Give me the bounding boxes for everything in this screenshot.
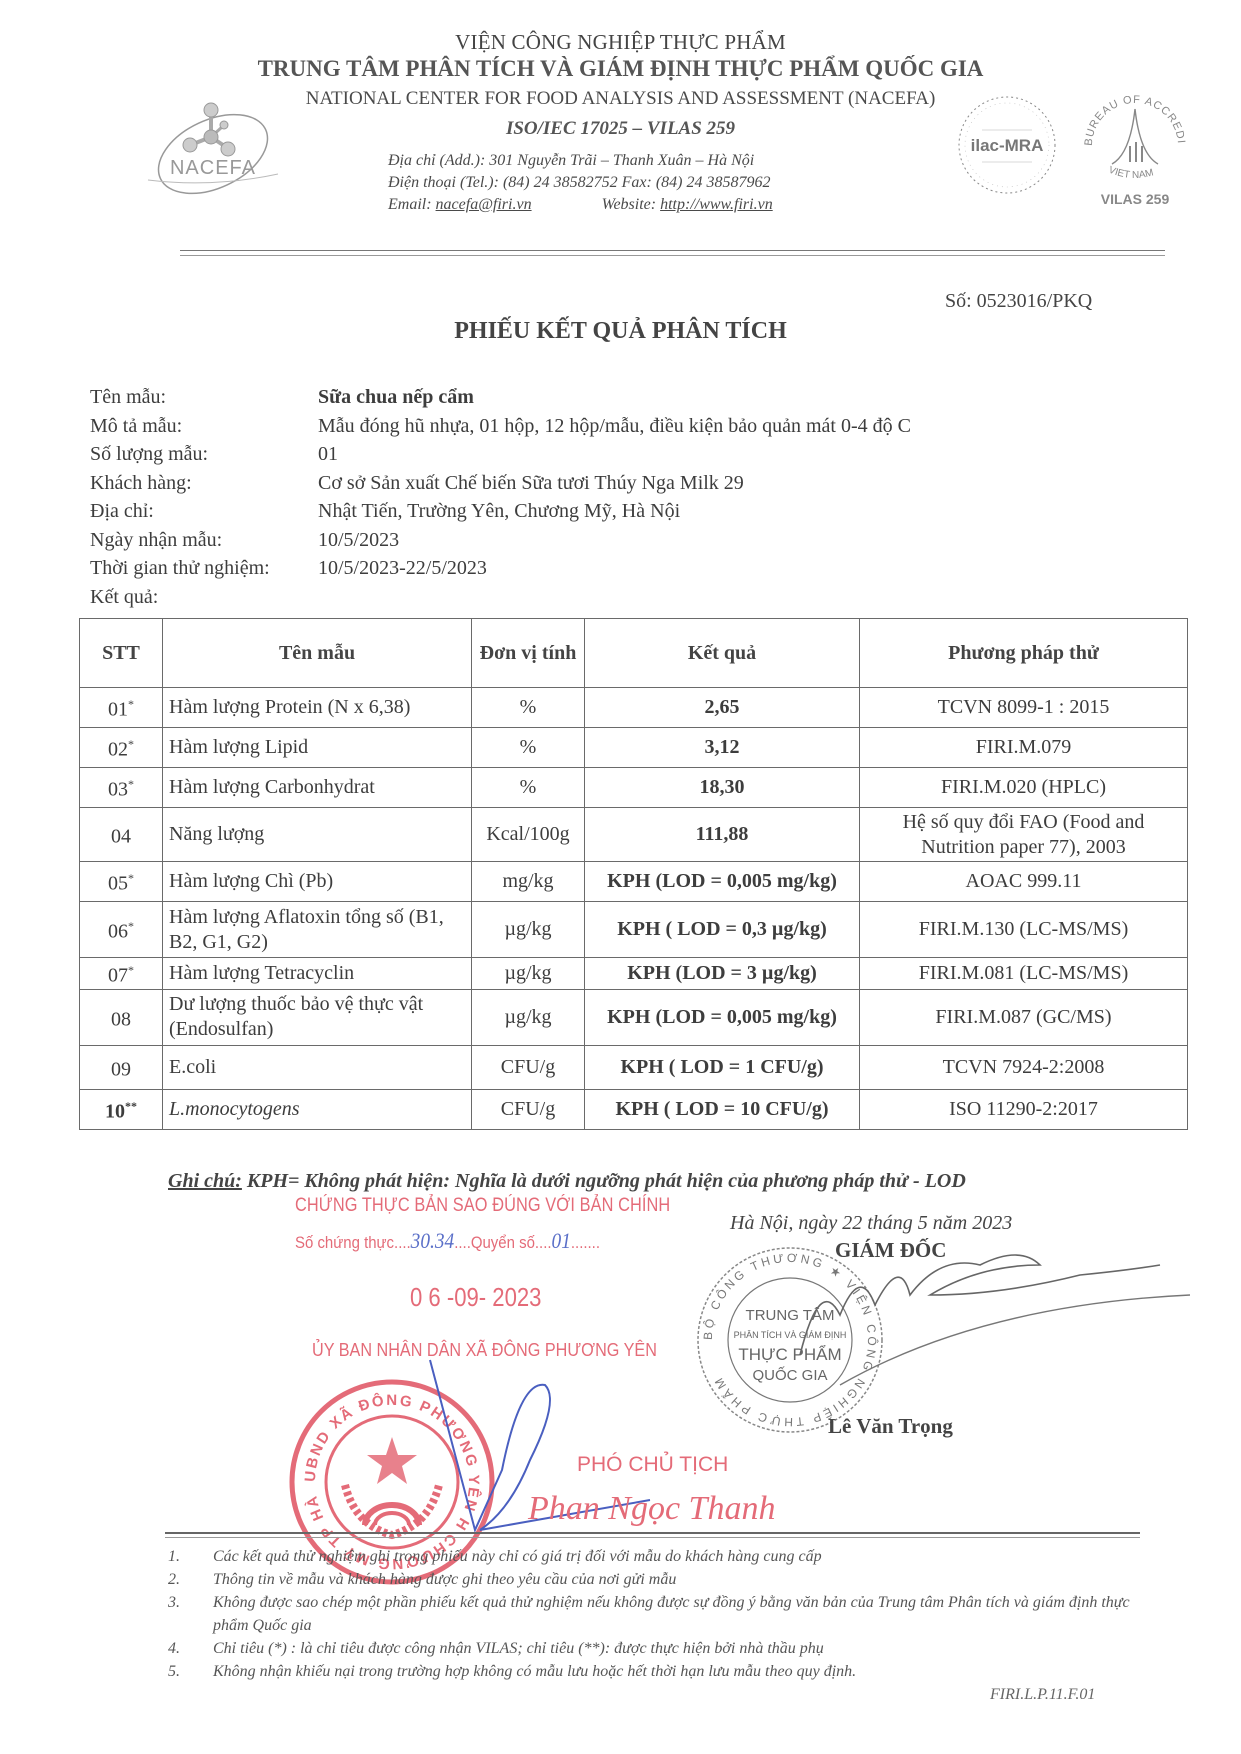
cell-method: FIRI.M.087 (GC/MS)	[860, 989, 1188, 1045]
info-row: Kết quả:	[90, 586, 911, 615]
cert-no-value: 30.34	[411, 1228, 455, 1253]
phone-line: Điện thoại (Tel.): (84) 24 38582752 Fax:…	[388, 172, 773, 194]
cell-result: 18,30	[585, 768, 860, 808]
email-link[interactable]: nacefa@firi.vn	[436, 196, 532, 213]
stt-mark: *	[128, 697, 134, 711]
director-name: Lê Văn Trọng	[828, 1414, 953, 1439]
footnote-number: 1.	[168, 1545, 213, 1568]
info-label: Ngày nhận mẫu:	[90, 529, 318, 558]
book-no-value: 01	[552, 1228, 571, 1253]
book-no-label: ....Quyển số....	[454, 1233, 551, 1252]
cell-name: L.monocytogens	[163, 1089, 472, 1129]
note-line: Ghi chú: KPH= Không phát hiện: Nghĩa là …	[168, 1170, 966, 1193]
stt-number: 08	[111, 1008, 131, 1030]
cell-result: KPH ( LOD = 1 CFU/g)	[585, 1045, 860, 1089]
table-row: 06*Hàm lượng Aflatoxin tổng số (B1, B2, …	[80, 902, 1188, 958]
cell-method: FIRI.M.130 (LC-MS/MS)	[860, 902, 1188, 958]
cell-result: 111,88	[585, 808, 860, 862]
cell-result: 2,65	[585, 688, 860, 728]
cell-unit: mg/kg	[472, 862, 585, 902]
table-row: 10**L.monocytogensCFU/gKPH ( LOD = 10 CF…	[80, 1089, 1188, 1129]
info-row: Khách hàng:Cơ sở Sản xuất Chế biến Sữa t…	[90, 472, 911, 501]
stt-mark: *	[128, 737, 134, 751]
footnote-item: 5.Không nhận khiếu nại trong trường hợp …	[168, 1660, 1153, 1683]
cell-unit: µg/kg	[472, 958, 585, 990]
cell-unit: %	[472, 768, 585, 808]
info-value: Cơ sở Sản xuất Chế biến Sữa tươi Thúy Ng…	[318, 472, 744, 501]
info-row: Thời gian thử nghiệm:10/5/2023-22/5/2023	[90, 557, 911, 586]
cell-result: KPH (LOD = 0,005 mg/kg)	[585, 989, 860, 1045]
footnote-number: 2.	[168, 1568, 213, 1591]
info-label: Khách hàng:	[90, 472, 318, 501]
svg-text:ilac-MRA: ilac-MRA	[971, 136, 1044, 155]
table-row: 02*Hàm lượng Lipid%3,12FIRI.M.079	[80, 728, 1188, 768]
footer-divider	[165, 1532, 1140, 1538]
place-date: Hà Nội, ngày 22 tháng 5 năm 2023	[730, 1212, 1012, 1235]
stt-number: 06	[108, 921, 128, 943]
stt-mark: *	[128, 963, 134, 977]
cell-name: Hàm lượng Aflatoxin tổng số (B1, B2, G1,…	[163, 902, 472, 958]
cell-stt: 08	[80, 989, 163, 1045]
stt-number: 01	[108, 699, 128, 721]
certification-date: 0 6 -09- 2023	[410, 1282, 541, 1313]
svg-text:VIET NAM: VIET NAM	[1107, 165, 1155, 181]
bureau-accreditation-logo: BUREAU OF ACCREDITATION VIET NAM VILAS 2…	[1080, 84, 1190, 212]
cert-no-label: Số chứng thực....	[295, 1233, 411, 1252]
info-value: Nhật Tiến, Trường Yên, Chương Mỹ, Hà Nội	[318, 500, 680, 529]
table-row: 08Dư lượng thuốc bảo vệ thực vật (Endosu…	[80, 989, 1188, 1045]
stt-number: 07	[108, 965, 128, 987]
svg-text:NACEFA: NACEFA	[170, 157, 256, 179]
website-link[interactable]: http://www.firi.vn	[660, 196, 773, 213]
cell-unit: CFU/g	[472, 1045, 585, 1089]
footnote-text: Không được sao chép một phần phiếu kết q…	[213, 1591, 1153, 1637]
cell-stt: 01*	[80, 688, 163, 728]
form-code: FIRI.L.P.11.F.01	[990, 1686, 1095, 1704]
footnotes-list: 1.Các kết quả thử nghiệm ghi trong phiếu…	[168, 1545, 1153, 1683]
info-value: Sữa chua nếp cẩm	[318, 386, 474, 415]
cell-name: Hàm lượng Tetracyclin	[163, 958, 472, 990]
footnote-text: Chỉ tiêu (*) : là chỉ tiêu được công nhậ…	[213, 1637, 1153, 1660]
director-signature	[780, 1235, 1200, 1435]
info-label: Mô tả mẫu:	[90, 415, 318, 444]
info-label: Tên mẫu:	[90, 386, 318, 415]
footnote-number: 3.	[168, 1591, 213, 1637]
cell-unit: µg/kg	[472, 902, 585, 958]
website-label: Website:	[602, 196, 661, 213]
cell-name: Năng lượng	[163, 808, 472, 862]
info-row: Ngày nhận mẫu:10/5/2023	[90, 529, 911, 558]
col-header-name: Tên mẫu	[163, 619, 472, 688]
info-label: Kết quả:	[90, 586, 318, 615]
deputy-chairman-title: PHÓ CHỦ TỊCH	[577, 1453, 728, 1477]
cell-unit: %	[472, 728, 585, 768]
table-row: 01*Hàm lượng Protein (N x 6,38)%2,65TCVN…	[80, 688, 1188, 728]
cell-method: FIRI.M.020 (HPLC)	[860, 768, 1188, 808]
cell-method: ISO 11290-2:2017	[860, 1089, 1188, 1129]
cell-name: Dư lượng thuốc bảo vệ thực vật (Endosulf…	[163, 989, 472, 1045]
stt-number: 02	[108, 739, 128, 761]
info-label: Thời gian thử nghiệm:	[90, 557, 318, 586]
footnote-item: 2.Thông tin về mẫu và khách hàng được gh…	[168, 1568, 1153, 1591]
document-title: PHIẾU KẾT QUẢ PHÂN TÍCH	[0, 318, 1241, 345]
info-value: 10/5/2023-22/5/2023	[318, 557, 487, 586]
cell-stt: 09	[80, 1045, 163, 1089]
cell-result: KPH (LOD = 3 µg/kg)	[585, 958, 860, 990]
cell-stt: 02*	[80, 728, 163, 768]
stt-number: 05	[108, 873, 128, 895]
cell-stt: 04	[80, 808, 163, 862]
stt-mark: **	[125, 1099, 137, 1113]
stt-mark: *	[128, 871, 134, 885]
footnote-number: 5.	[168, 1660, 213, 1683]
stt-mark: *	[128, 777, 134, 791]
note-text: KPH= Không phát hiện: Nghĩa là dưới ngưỡ…	[242, 1170, 966, 1192]
certification-number-line: Số chứng thực....30.34....Quyển số....01…	[295, 1228, 600, 1254]
info-label: Số lượng mẫu:	[90, 443, 318, 472]
table-row: 05*Hàm lượng Chì (Pb)mg/kgKPH (LOD = 0,0…	[80, 862, 1188, 902]
cell-name: Hàm lượng Chì (Pb)	[163, 862, 472, 902]
footnote-text: Không nhận khiếu nại trong trường hợp kh…	[213, 1660, 1153, 1683]
info-row: Số lượng mẫu:01	[90, 443, 911, 472]
institute-name: VIỆN CÔNG NGHIỆP THỰC PHẨM	[0, 30, 1241, 55]
info-value: 10/5/2023	[318, 529, 399, 558]
cell-unit: %	[472, 688, 585, 728]
info-row: Địa chỉ:Nhật Tiến, Trường Yên, Chương Mỹ…	[90, 500, 911, 529]
center-name-vi: TRUNG TÂM PHÂN TÍCH VÀ GIÁM ĐỊNH THỰC PH…	[0, 56, 1241, 82]
footnote-text: Thông tin về mẫu và khách hàng được ghi …	[213, 1568, 1153, 1591]
info-label: Địa chỉ:	[90, 500, 318, 529]
col-header-method: Phương pháp thử	[860, 619, 1188, 688]
cell-result: KPH ( LOD = 0,3 µg/kg)	[585, 902, 860, 958]
col-header-unit: Đơn vị tính	[472, 619, 585, 688]
deputy-chairman-name: Phan Ngọc Thanh	[528, 1490, 775, 1528]
cell-result: 3,12	[585, 728, 860, 768]
svg-text:BUREAU OF ACCREDITATION: BUREAU OF ACCREDITATION	[1080, 84, 1187, 146]
ilac-mra-logo: ilac-MRA	[952, 90, 1062, 200]
stt-mark: *	[128, 919, 134, 933]
cell-stt: 10**	[80, 1089, 163, 1129]
info-value: Mẫu đóng hũ nhựa, 01 hộp, 12 hộp/mẫu, đi…	[318, 415, 911, 444]
stt-number: 10	[105, 1100, 125, 1122]
cell-name: Hàm lượng Lipid	[163, 728, 472, 768]
results-table: STT Tên mẫu Đơn vị tính Kết quả Phương p…	[79, 618, 1188, 1130]
cell-stt: 07*	[80, 958, 163, 990]
note-label: Ghi chú:	[168, 1170, 242, 1192]
cell-method: TCVN 8099-1 : 2015	[860, 688, 1188, 728]
sample-info: Tên mẫu:Sữa chua nếp cẩmMô tả mẫu:Mẫu đó…	[90, 386, 911, 614]
table-row: 09E.coliCFU/gKPH ( LOD = 1 CFU/g)TCVN 79…	[80, 1045, 1188, 1089]
contact-block: Địa chỉ (Add.): 301 Nguyễn Trãi – Thanh …	[388, 150, 773, 216]
info-value: 01	[318, 443, 338, 472]
footnote-item: 3.Không được sao chép một phần phiếu kết…	[168, 1591, 1153, 1637]
col-header-result: Kết quả	[585, 619, 860, 688]
cell-result: KPH ( LOD = 10 CFU/g)	[585, 1089, 860, 1129]
certification-heading: CHỨNG THỰC BẢN SAO ĐÚNG VỚI BẢN CHÍNH	[295, 1195, 670, 1217]
address-line: Địa chỉ (Add.): 301 Nguyễn Trãi – Thanh …	[388, 150, 773, 172]
table-row: 04Năng lượngKcal/100g111,88Hệ số quy đổi…	[80, 808, 1188, 862]
cell-method: TCVN 7924-2:2008	[860, 1045, 1188, 1089]
stt-number: 09	[111, 1058, 131, 1080]
table-row: 03*Hàm lượng Carbonhydrat%18,30FIRI.M.02…	[80, 768, 1188, 808]
cell-method: FIRI.M.079	[860, 728, 1188, 768]
document-number: Số: 0523016/PKQ	[945, 290, 1092, 313]
footnote-number: 4.	[168, 1637, 213, 1660]
cell-unit: µg/kg	[472, 989, 585, 1045]
email-web-line: Email: nacefa@firi.vnWebsite: http://www…	[388, 194, 773, 216]
col-header-stt: STT	[80, 619, 163, 688]
info-row: Tên mẫu:Sữa chua nếp cẩm	[90, 386, 911, 415]
info-row: Mô tả mẫu:Mẫu đóng hũ nhựa, 01 hộp, 12 h…	[90, 415, 911, 444]
stt-number: 04	[111, 826, 131, 848]
cell-method: Hệ số quy đổi FAO (Food and Nutrition pa…	[860, 808, 1188, 862]
cell-stt: 05*	[80, 862, 163, 902]
header-divider	[180, 250, 1165, 256]
table-header-row: STT Tên mẫu Đơn vị tính Kết quả Phương p…	[80, 619, 1188, 688]
footnote-text: Các kết quả thử nghiệm ghi trong phiếu n…	[213, 1545, 1153, 1568]
footnote-item: 4.Chỉ tiêu (*) : là chỉ tiêu được công n…	[168, 1637, 1153, 1660]
cell-name: Hàm lượng Protein (N x 6,38)	[163, 688, 472, 728]
table-row: 07*Hàm lượng Tetracyclinµg/kgKPH (LOD = …	[80, 958, 1188, 990]
nacefa-logo: NACEFA	[138, 92, 288, 212]
cell-method: FIRI.M.081 (LC-MS/MS)	[860, 958, 1188, 990]
cell-name: Hàm lượng Carbonhydrat	[163, 768, 472, 808]
cell-result: KPH (LOD = 0,005 mg/kg)	[585, 862, 860, 902]
email-label: Email:	[388, 196, 436, 213]
cell-unit: CFU/g	[472, 1089, 585, 1129]
cell-name: E.coli	[163, 1045, 472, 1089]
cell-unit: Kcal/100g	[472, 808, 585, 862]
cell-stt: 03*	[80, 768, 163, 808]
stt-number: 03	[108, 779, 128, 801]
cell-method: AOAC 999.11	[860, 862, 1188, 902]
svg-text:VILAS 259: VILAS 259	[1101, 191, 1170, 207]
footnote-item: 1.Các kết quả thử nghiệm ghi trong phiếu…	[168, 1545, 1153, 1568]
cell-stt: 06*	[80, 902, 163, 958]
